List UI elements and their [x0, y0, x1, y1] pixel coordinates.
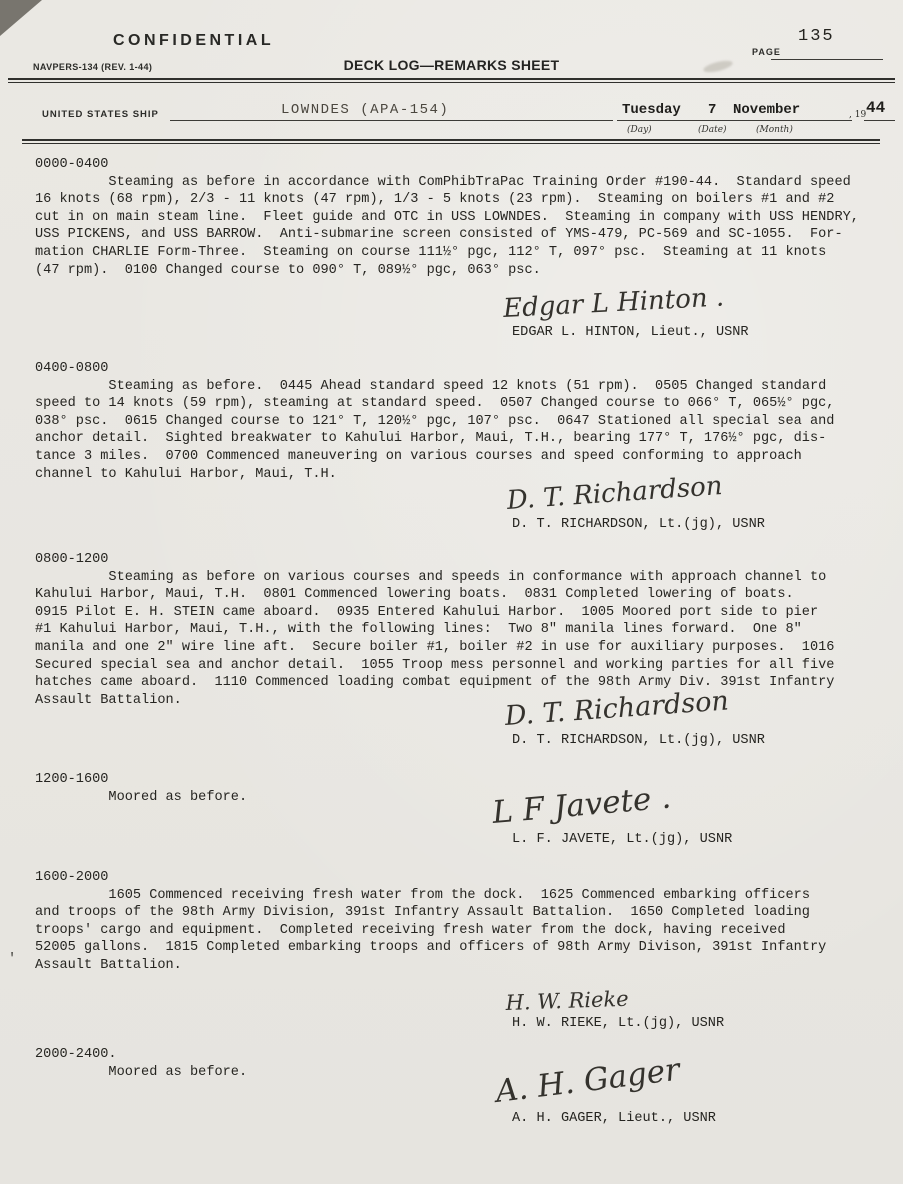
entry-time: 1200-1600 — [35, 771, 887, 789]
log-entry-2000-2400: 2000-2400. Moored as before. — [35, 1046, 887, 1081]
typed-signature: D. T. RICHARDSON, Lt.(jg), USNR — [512, 517, 765, 533]
entry-text: Steaming as before. 0445 Ahead standard … — [35, 378, 887, 484]
date-sublabel: (Date) — [698, 125, 727, 135]
date-day: Tuesday — [622, 102, 681, 118]
signature-richardson-2: D. T. Richardson D. T. RICHARDSON, Lt.(j… — [512, 701, 765, 749]
typed-signature: EDGAR L. HINTON, Lieut., USNR — [512, 325, 749, 341]
ship-name: LOWNDES (APA-154) — [281, 102, 449, 118]
form-title: DECK LOG—REMARKS SHEET — [0, 57, 903, 73]
ship-label: UNITED STATES SHIP — [42, 109, 159, 120]
typed-signature: H. W. RIEKE, Lt.(jg), USNR — [512, 1016, 724, 1032]
typed-signature: D. T. RICHARDSON, Lt.(jg), USNR — [512, 733, 765, 749]
signature-javete: L F Javete . L. F. JAVETE, Lt.(jg), USNR — [512, 795, 732, 848]
stray-typed-mark: ' — [8, 952, 16, 967]
entry-time: 0800-1200 — [35, 551, 887, 569]
typed-signature: L. F. JAVETE, Lt.(jg), USNR — [512, 832, 732, 848]
entry-time: 1600-2000 — [35, 869, 887, 887]
log-entry-0400-0800: 0400-0800 Steaming as before. 0445 Ahead… — [35, 360, 887, 483]
date-line — [617, 120, 852, 121]
scan-corner-artifact — [0, 0, 42, 36]
typed-signature: A. H. GAGER, Lieut., USNR — [512, 1111, 716, 1127]
entry-time: 2000-2400. — [35, 1046, 887, 1064]
log-entry-0800-1200: 0800-1200 Steaming as before on various … — [35, 551, 887, 709]
ship-name-line — [170, 120, 613, 121]
year-line — [864, 120, 895, 121]
signature-rieke: H. W. Rieke H. W. RIEKE, Lt.(jg), USNR — [512, 991, 724, 1032]
log-entry-1600-2000: 1600-2000 1605 Commenced receiving fresh… — [35, 869, 887, 975]
year-value: 44 — [866, 99, 885, 117]
day-sublabel: (Day) — [627, 125, 652, 135]
signature-richardson-1: D. T. Richardson D. T. RICHARDSON, Lt.(j… — [512, 486, 765, 533]
page-label: PAGE — [752, 47, 781, 57]
date-number: 7 — [708, 102, 716, 118]
handwritten-signature: Edgar L Hinton . — [502, 282, 724, 324]
signature-gager: A. H. Gager A. H. GAGER, Lieut., USNR — [512, 1074, 716, 1127]
handwritten-signature: H. W. Rieke — [505, 987, 629, 1015]
date-month: November — [733, 102, 800, 118]
entry-text: Steaming as before on various courses an… — [35, 569, 887, 710]
month-sublabel: (Month) — [756, 125, 793, 135]
entry-time: 0400-0800 — [35, 360, 887, 378]
header-rule-bottom — [22, 139, 880, 144]
signature-hinton: Edgar L Hinton . EDGAR L. HINTON, Lieut.… — [512, 294, 749, 341]
entry-text: Moored as before. — [35, 789, 887, 807]
classification-stamp: CONFIDENTIAL — [113, 32, 274, 50]
entry-text: 1605 Commenced receiving fresh water fro… — [35, 887, 887, 975]
year-prefix: , 19 — [849, 110, 866, 120]
log-entry-1200-1600: 1200-1600 Moored as before. — [35, 771, 887, 806]
log-entry-0000-0400: 0000-0400 Steaming as before in accordan… — [35, 156, 887, 279]
entry-time: 0000-0400 — [35, 156, 887, 174]
header-rule-top — [8, 78, 895, 83]
page-number: 135 — [798, 27, 835, 46]
entry-text: Moored as before. — [35, 1064, 887, 1082]
deck-log-remarks-sheet: ' CONFIDENTIAL PAGE 135 NAVPERS-134 (REV… — [0, 0, 903, 1184]
entry-text: Steaming as before in accordance with Co… — [35, 174, 887, 280]
